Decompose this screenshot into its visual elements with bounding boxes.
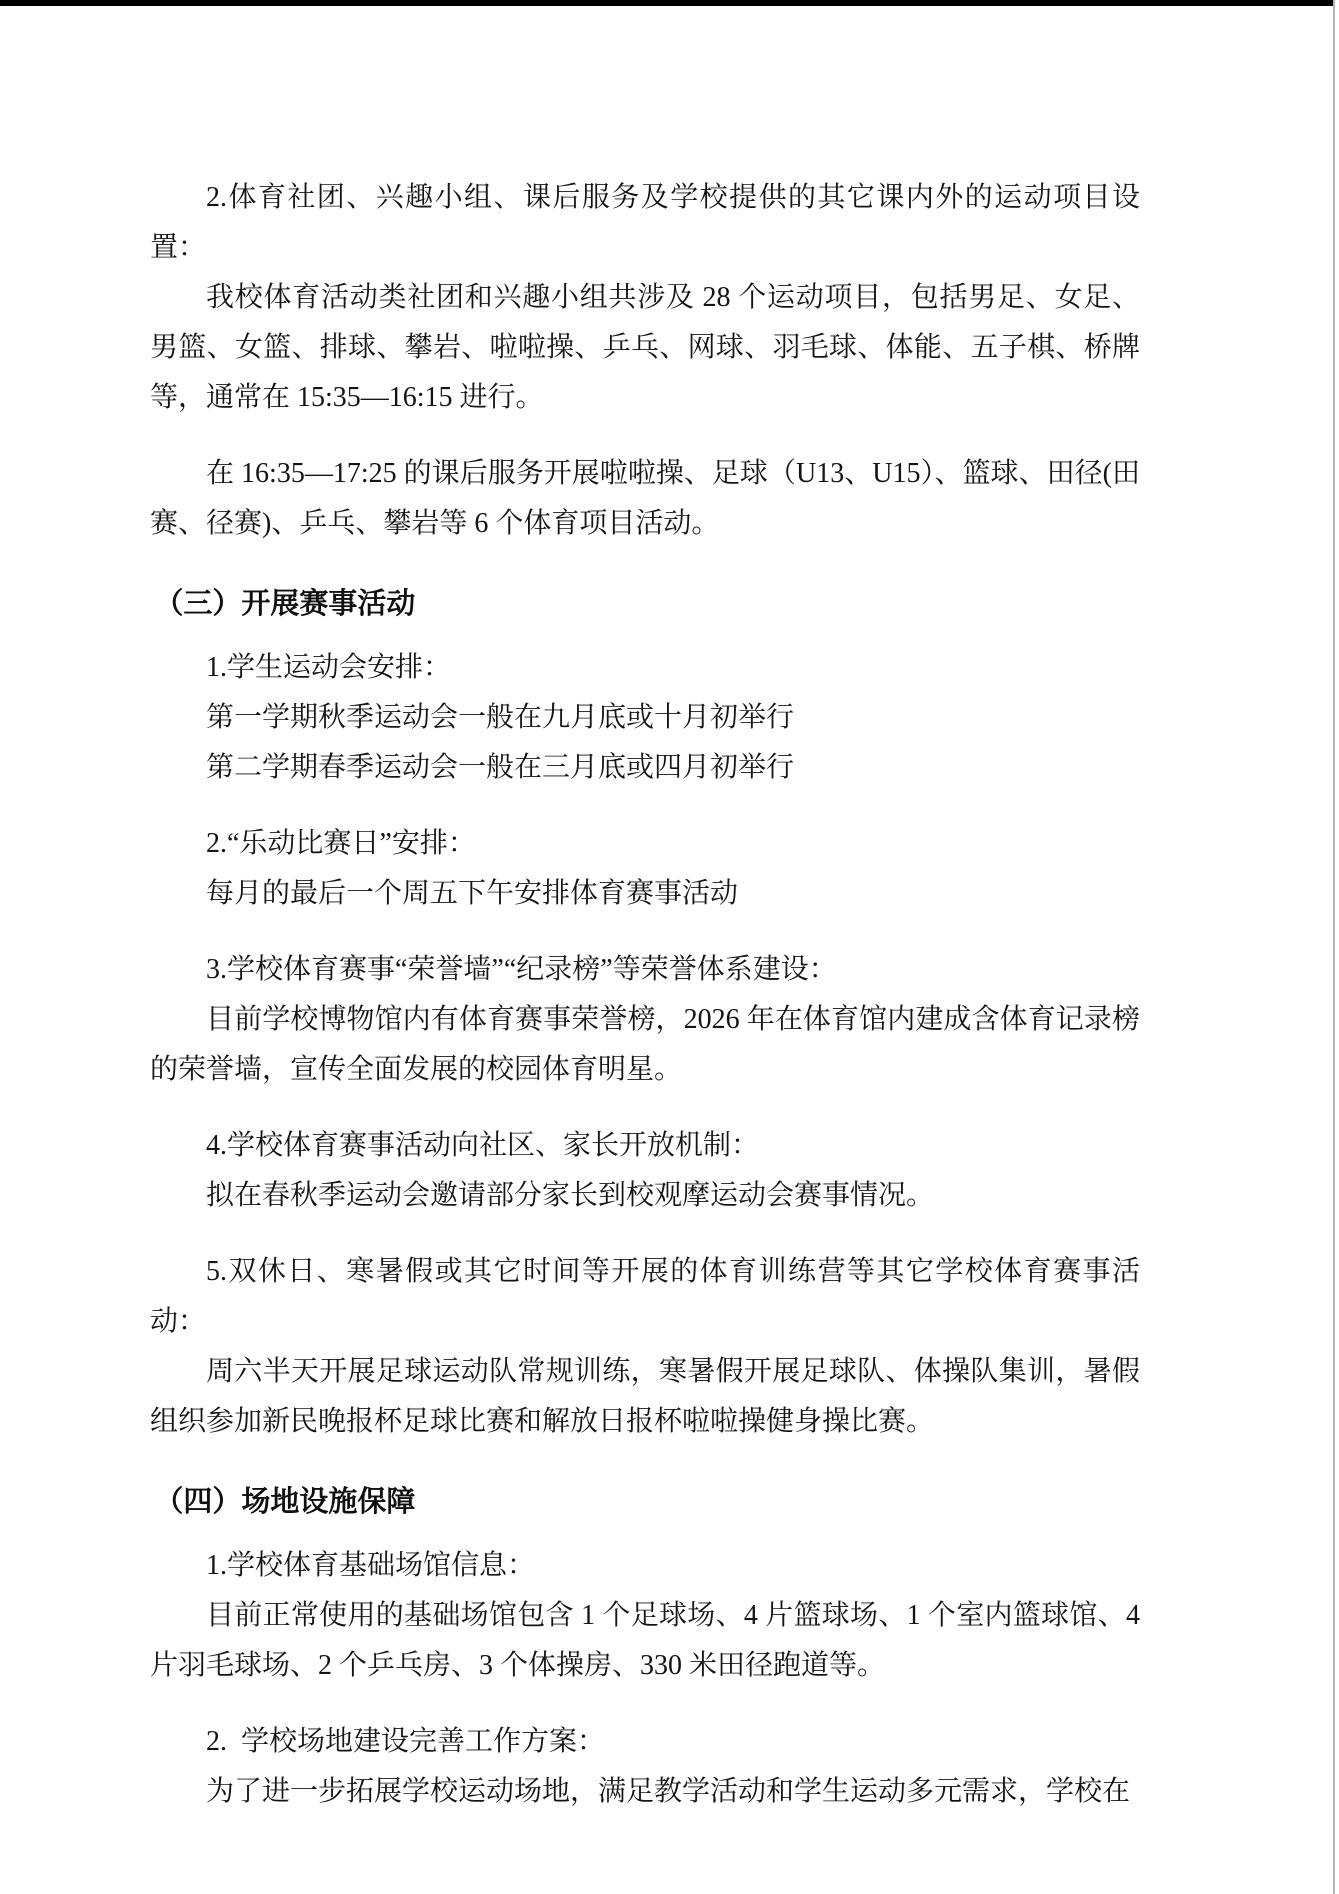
- section-heading-3-events: （三）开展赛事活动: [150, 579, 1140, 629]
- paragraph-autumn-meet: 第一学期秋季运动会一般在九月底或十月初举行: [150, 693, 1140, 743]
- paragraph-clubs-projects: 我校体育活动类社团和兴趣小组共涉及 28 个运动项目，包括男足、女足、男篮、女篮…: [150, 273, 1140, 423]
- paragraph-training-camp-title: 5.双休日、寒暑假或其它时间等开展的体育训练营等其它学校体育赛事活动：: [150, 1247, 1140, 1347]
- paragraph-open-mechanism-detail: 拟在春秋季运动会邀请部分家长到校观摩运动会赛事情况。: [150, 1171, 1140, 1221]
- paragraph-spring-meet: 第二学期春季运动会一般在三月底或四月初举行: [150, 743, 1140, 793]
- paragraph-sports-meet-title: 1.学生运动会安排：: [150, 643, 1140, 693]
- paragraph-afterschool-service: 在 16:35—17:25 的课后服务开展啦啦操、足球（U13、U15）、篮球、…: [150, 449, 1140, 549]
- paragraph-honor-system-title: 3.学校体育赛事“荣誉墙”“纪录榜”等荣誉体系建设：: [150, 945, 1140, 995]
- section-heading-4-facilities: （四）场地设施保障: [150, 1477, 1140, 1527]
- paragraph-honor-system-detail: 目前学校博物馆内有体育赛事荣誉榜，2026 年在体育馆内建成含体育记录榜的荣誉墙…: [150, 995, 1140, 1095]
- paragraph-venue-info-title: 1.学校体育基础场馆信息：: [150, 1541, 1140, 1591]
- paragraph-venue-info-detail: 目前正常使用的基础场馆包含 1 个足球场、4 片篮球场、1 个室内篮球馆、4 片…: [150, 1591, 1140, 1691]
- paragraph-match-day-title: 2.“乐动比赛日”安排：: [150, 819, 1140, 869]
- document-page: { "page": { "background": "#ffffff", "to…: [0, 0, 1339, 1894]
- paragraph-match-day-detail: 每月的最后一个周五下午安排体育赛事活动: [150, 869, 1140, 919]
- paragraph-venue-plan-title: 2. 学校场地建设完善工作方案：: [150, 1717, 1140, 1767]
- document-body: 2.体育社团、兴趣小组、课后服务及学校提供的其它课内外的运动项目设置： 我校体育…: [0, 0, 1339, 1817]
- paragraph-training-camp-detail: 周六半天开展足球运动队常规训练，寒暑假开展足球队、体操队集训，暑假组织参加新民晚…: [150, 1347, 1140, 1447]
- paragraph-clubs-intro: 2.体育社团、兴趣小组、课后服务及学校提供的其它课内外的运动项目设置：: [150, 173, 1140, 273]
- paragraph-venue-plan-detail: 为了进一步拓展学校运动场地，满足教学活动和学生运动多元需求，学校在: [150, 1767, 1140, 1817]
- paragraph-open-mechanism-title: 4.学校体育赛事活动向社区、家长开放机制：: [150, 1121, 1140, 1171]
